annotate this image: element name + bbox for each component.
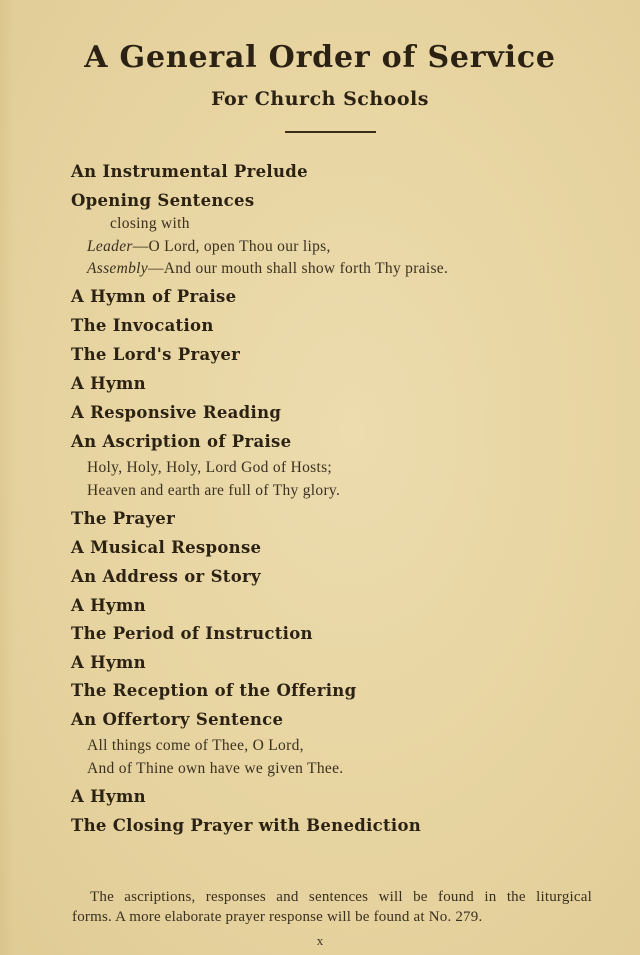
service-item: An Ascription of Praise: [71, 432, 291, 452]
footnote: The ascriptions, responses and sentences…: [72, 887, 592, 927]
assembly-text: —And our mouth shall show forth Thy prai…: [148, 260, 448, 277]
assembly-role: Assembly: [87, 260, 148, 277]
service-item: A Hymn of Praise: [71, 287, 236, 307]
leader-line: Leader—O Lord, open Thou our lips,: [87, 237, 331, 257]
service-item: Opening Sentences: [71, 191, 254, 211]
service-item: A Hymn: [71, 374, 146, 394]
service-item: The Period of Instruction: [71, 624, 313, 644]
service-item: The Invocation: [71, 316, 214, 336]
service-item: A Hymn: [71, 787, 146, 807]
service-item: The Prayer: [71, 509, 175, 529]
page-title: A General Order of Service: [0, 40, 640, 75]
page-subtitle: For Church Schools: [0, 88, 640, 110]
ascription-line-2: Heaven and earth are full of Thy glory.: [87, 481, 340, 501]
service-item: A Musical Response: [71, 538, 261, 558]
title-divider: [285, 131, 376, 133]
opening-sentences-intro: closing with: [110, 214, 190, 234]
page-number: x: [0, 933, 640, 949]
leader-role: Leader: [87, 238, 133, 255]
assembly-line: Assembly—And our mouth shall show forth …: [87, 259, 448, 279]
service-item: A Responsive Reading: [71, 403, 281, 423]
service-item: A Hymn: [71, 653, 146, 673]
service-item: An Instrumental Prelude: [71, 162, 308, 182]
leader-text: —O Lord, open Thou our lips,: [133, 238, 331, 255]
service-item: A Hymn: [71, 596, 146, 616]
service-item: The Closing Prayer with Benediction: [71, 816, 421, 836]
book-page: A General Order of Service For Church Sc…: [0, 0, 640, 955]
service-item: The Lord's Prayer: [71, 345, 240, 365]
service-item: An Offertory Sentence: [71, 710, 283, 730]
service-item: The Reception of the Offering: [71, 681, 356, 701]
offertory-line-2: And of Thine own have we given Thee.: [87, 759, 343, 779]
footnote-line-2: forms. A more elaborate prayer response …: [72, 907, 592, 927]
footnote-line-1: The ascriptions, responses and sentences…: [72, 887, 592, 907]
ascription-line-1: Holy, Holy, Holy, Lord God of Hosts;: [87, 458, 332, 478]
service-item: An Address or Story: [71, 567, 261, 587]
offertory-line-1: All things come of Thee, O Lord,: [87, 736, 304, 756]
